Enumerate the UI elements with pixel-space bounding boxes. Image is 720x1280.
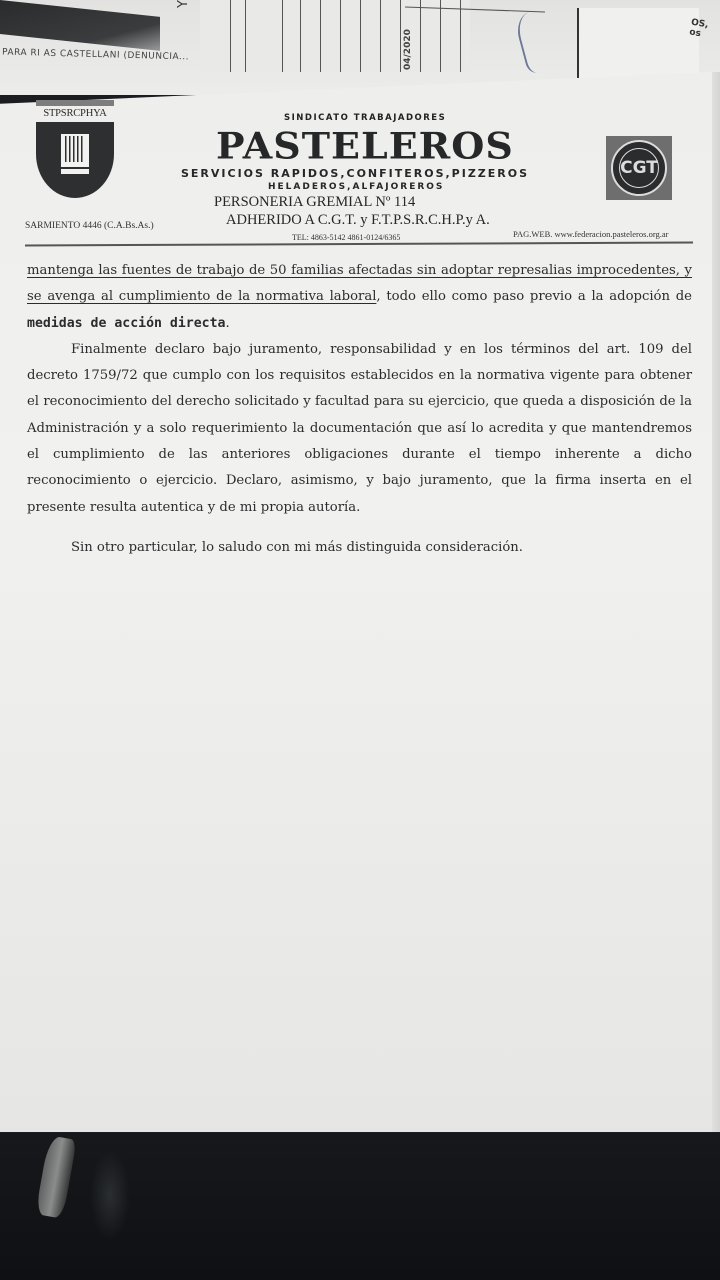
background-form <box>200 0 470 72</box>
letterhead-services-line2: HELADEROS,ALFAJOREROS <box>268 182 444 192</box>
paragraph-demand: mantenga las fuentes de trabajo de 50 fa… <box>27 258 692 337</box>
letterhead-phone: TEL: 4863-5142 4861-0124/6365 <box>292 233 400 242</box>
cgt-seal-icon: CGT <box>606 136 672 200</box>
letterhead-adherido: ADHERIDO A C.G.T. y F.T.P.S.R.C.H.P.y A. <box>226 212 490 229</box>
shield-label: STPSRCPHYA <box>36 108 114 119</box>
cgt-logo-text: CGT <box>619 148 659 188</box>
bold-direct-action: medidas de acción directa <box>27 316 226 331</box>
background-strip-text: PARA RI AS CASTELLANI (DENUNCIA... <box>2 48 189 63</box>
page-edge <box>712 72 720 1132</box>
closing-salutation: Sin otro particular, lo saludo con mi má… <box>71 540 523 555</box>
background-vertical-label: Y A <box>176 0 191 8</box>
letterhead-address: SARMIENTO 4446 (C.A.Bs.As.) <box>25 221 154 231</box>
background-signature <box>513 6 569 75</box>
letterhead-services-line1: SERVICIOS RAPIDOS,CONFITEROS,PIZZEROS <box>181 167 529 180</box>
background-dark-object <box>0 0 160 51</box>
background-card <box>577 8 699 78</box>
letterhead-website: PAG.WEB. www.federacion.pasteleros.org.a… <box>513 229 668 239</box>
background-form-date: 04/2020 <box>403 29 413 70</box>
letterhead-personeria: PERSONERIA GREMIAL Nº 114 <box>214 194 415 211</box>
letterhead-title: PASTELEROS <box>216 124 514 167</box>
letterhead-sindicato: SINDICATO TRABAJADORES <box>284 113 446 123</box>
paragraph-declaration: Finalmente declaro bajo juramento, respo… <box>27 337 692 521</box>
union-shield-icon: STPSRCPHYA <box>36 100 114 198</box>
letter-body: mantenga las fuentes de trabajo de 50 fa… <box>27 258 692 521</box>
